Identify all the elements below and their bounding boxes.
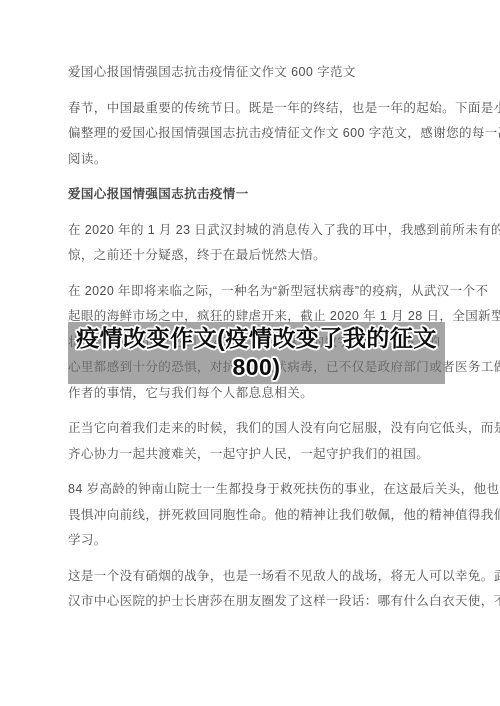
text-line: 偏整理的爱国心报国情强国志抗击疫情征文作文 600 字范文，感谢您的每一次 bbox=[68, 121, 468, 147]
text-line: 畏惧冲向前线，拼死救回同胞性命。他的精神让我们敬佩，他的精神值得我们 bbox=[68, 503, 468, 529]
text-line: 在 2020 年即将来临之际，一种名为“新型冠状病毒”的疫病，从武汉一个不 bbox=[68, 279, 468, 305]
watermark-title-line-2: 800) bbox=[232, 353, 280, 382]
text-line: 84 岁高龄的钟南山院士一生都投身于救死扶伤的事业，在这最后关头，他也不 bbox=[68, 477, 468, 503]
paragraph: 这是一个没有硝烟的战争，也是一场看不见敌人的战场，将无人可以幸免。武汉市中心医院… bbox=[68, 564, 468, 615]
paragraph: 正当它向着我们走来的时候，我们的国人没有向它屈服，没有向它低头，而是齐心协力一起… bbox=[68, 416, 468, 467]
article-title: 爱国心报国情强国志抗击疫情征文作文 600 字范文 bbox=[68, 60, 468, 86]
text-line: 这是一个没有硝烟的战争，也是一场看不见敌人的战场，将无人可以幸免。武 bbox=[68, 564, 468, 590]
text-line: 齐心协力一起共渡难关，一起守护人民，一起守护我们的祖国。 bbox=[68, 442, 468, 468]
text-line: 正当它向着我们走来的时候，我们的国人没有向它屈服，没有向它低头，而是 bbox=[68, 416, 468, 442]
section-heading: 爱国心报国情强国志抗击疫情一 bbox=[68, 182, 468, 208]
paragraph: 84 岁高龄的钟南山院士一生都投身于救死扶伤的事业，在这最后关头，他也不畏惧冲向… bbox=[68, 477, 468, 554]
text-line: 学习。 bbox=[68, 528, 468, 554]
text-line: 爱国心报国情强国志抗击疫情一 bbox=[68, 182, 468, 208]
text-line: 作者的事情，它与我们每个人都息息相关。 bbox=[68, 381, 468, 407]
text-line: 惊，之前还十分疑惑，终于在最后恍然大悟。 bbox=[68, 243, 468, 269]
watermark-overlay: 疫情改变作文(疫情改变了我的征文 800) bbox=[68, 322, 445, 384]
paragraph: 在 2020 年的 1 月 23 日武汉封城的消息传入了我的耳中，我感到前所未有… bbox=[68, 218, 468, 269]
text-line: 春节，中国最重要的传统节日。既是一年的终结，也是一年的起始。下面是小 bbox=[68, 96, 468, 122]
text-line: 汉市中心医院的护士长唐莎在朋友圈发了这样一段话：哪有什么白衣天使，不 bbox=[68, 589, 468, 615]
text-line: 在 2020 年的 1 月 23 日武汉封城的消息传入了我的耳中，我感到前所未有… bbox=[68, 218, 468, 244]
watermark-title-line-1: 疫情改变作文(疫情改变了我的征文 bbox=[76, 324, 437, 353]
paragraph: 春节，中国最重要的传统节日。既是一年的终结，也是一年的起始。下面是小偏整理的爱国… bbox=[68, 96, 468, 173]
text-line: 爱国心报国情强国志抗击疫情征文作文 600 字范文 bbox=[68, 60, 468, 86]
article-page: 爱国心报国情强国志抗击疫情征文作文 600 字范文春节，中国最重要的传统节日。既… bbox=[0, 0, 500, 706]
text-line: 阅读。 bbox=[68, 147, 468, 173]
